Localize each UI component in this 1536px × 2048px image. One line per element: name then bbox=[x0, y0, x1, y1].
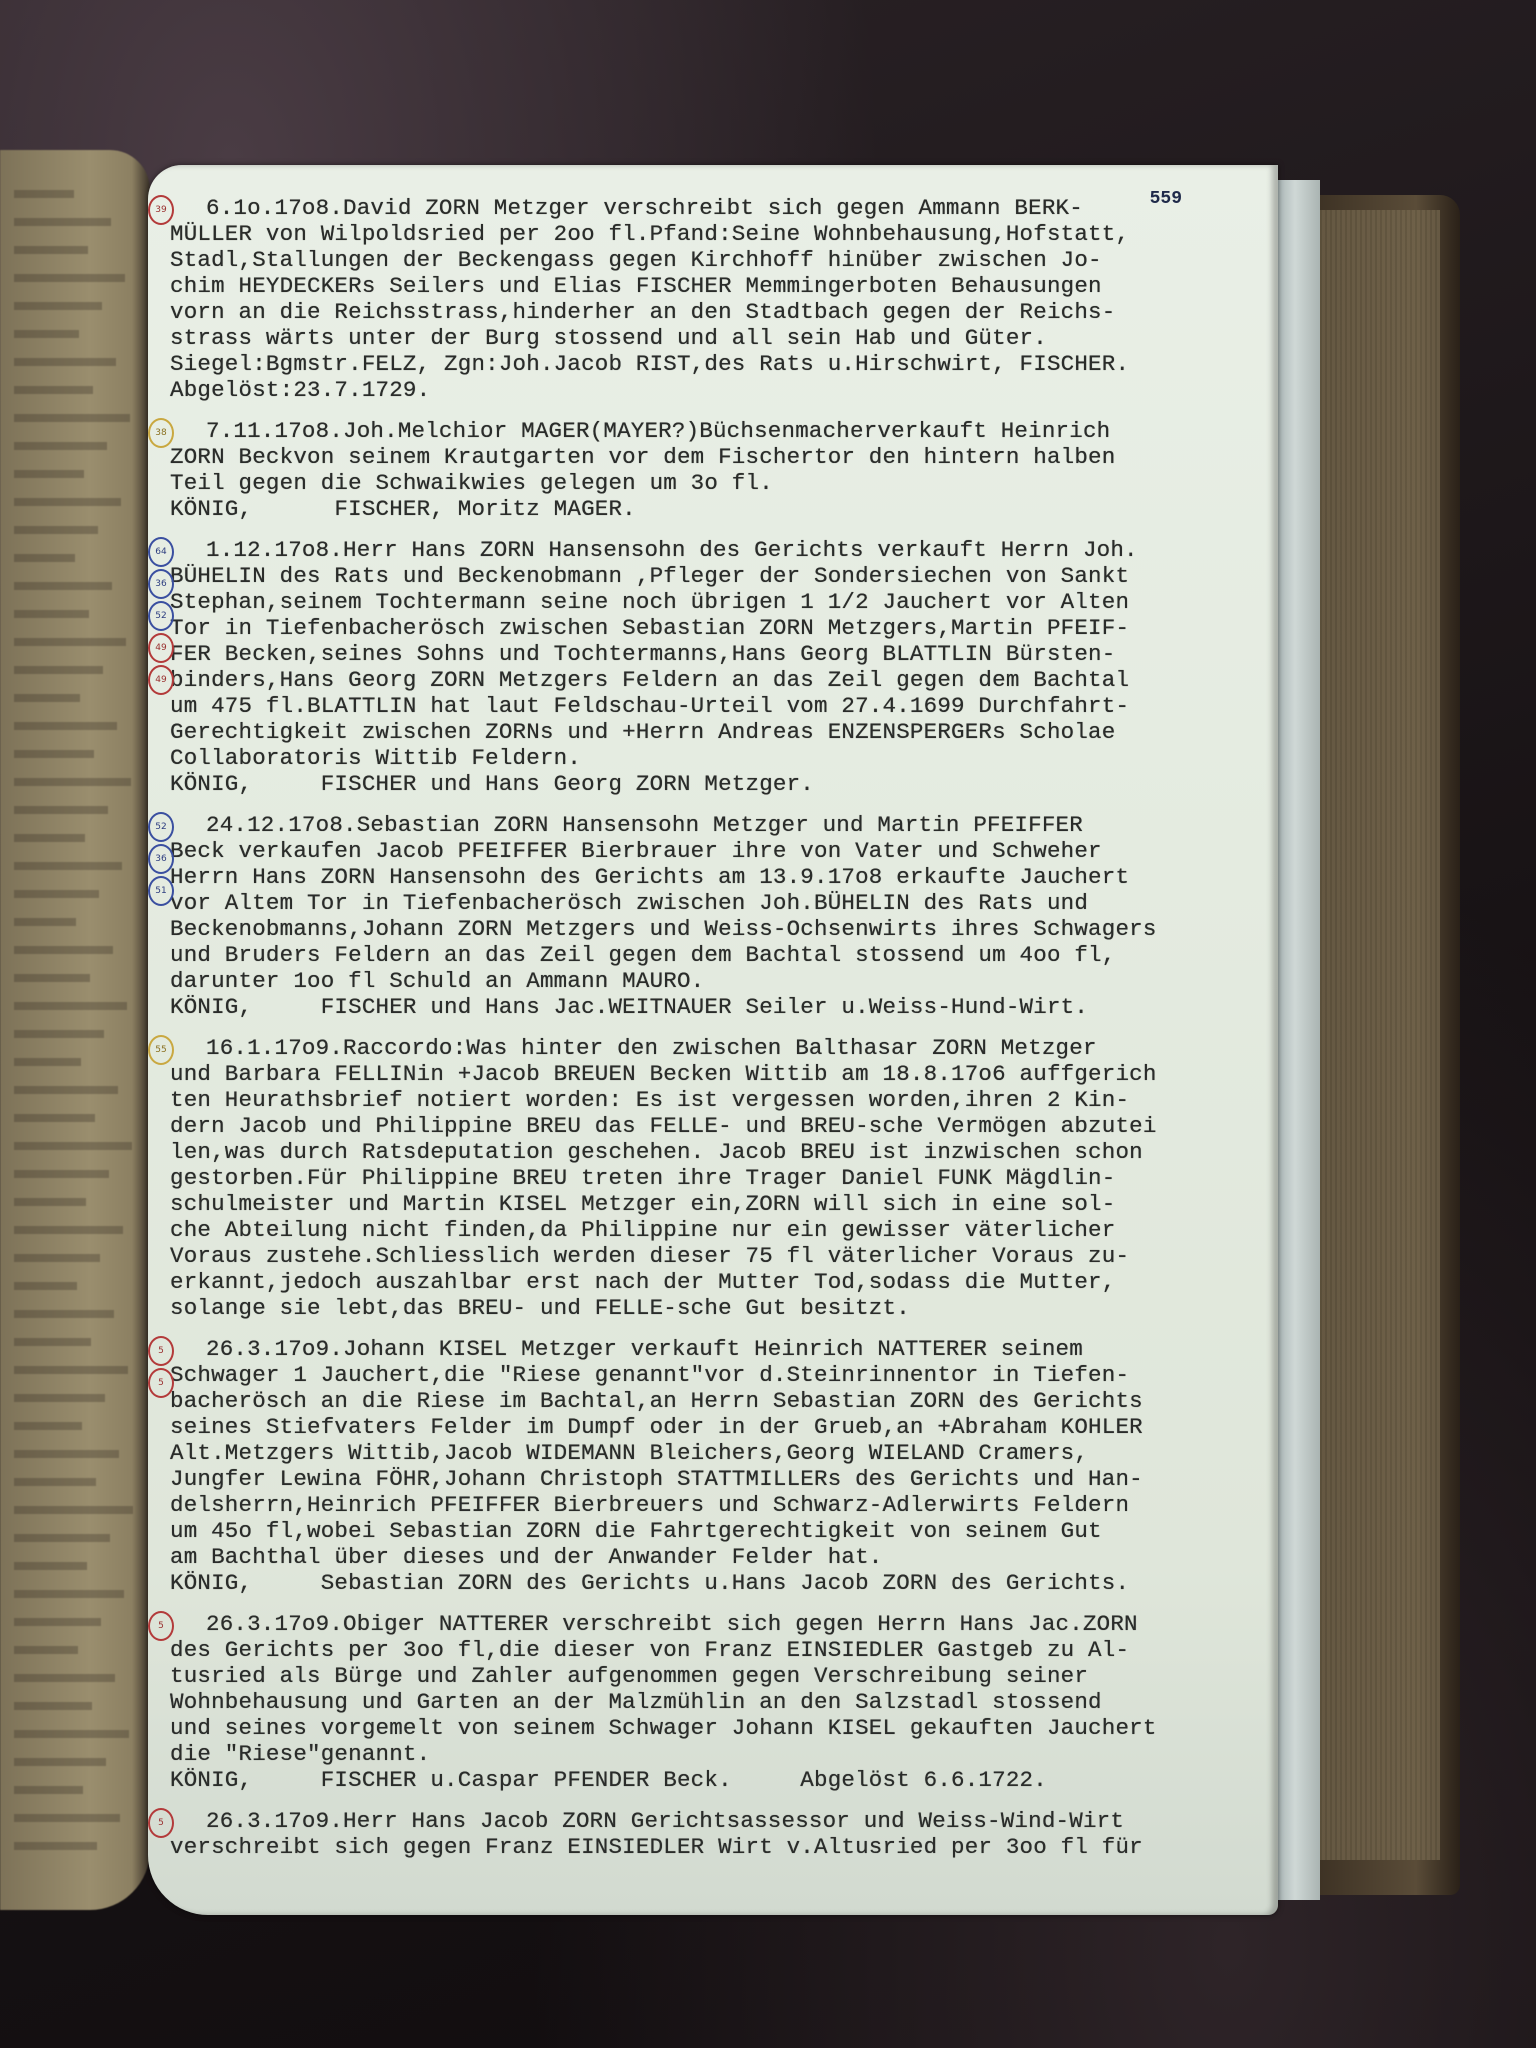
ghost-text-line bbox=[14, 1814, 120, 1822]
typed-line: Schwager 1 Jauchert,die "Riese genannt"v… bbox=[170, 1362, 1228, 1388]
typed-line: 6.1o.17o8.David ZORN Metzger verschreibt… bbox=[170, 195, 1228, 221]
ghost-text-line bbox=[14, 610, 89, 618]
ghost-text-line bbox=[14, 1478, 96, 1486]
ghost-text-line bbox=[14, 1254, 100, 1262]
ghost-text-line bbox=[14, 246, 88, 254]
ghost-text-line bbox=[14, 1562, 87, 1570]
ghost-text-line bbox=[14, 1422, 82, 1430]
typed-line: bacherösch an die Riese im Bachtal,an He… bbox=[170, 1388, 1228, 1414]
typed-line: 26.3.17o9.Obiger NATTERER verschreibt si… bbox=[170, 1611, 1228, 1637]
document-entry: 26.3.17o9.Herr Hans Jacob ZORN Gerichtsa… bbox=[170, 1808, 1228, 1860]
ghost-text-line bbox=[14, 1114, 95, 1122]
margin-annotation-circle: 5 bbox=[148, 1808, 174, 1838]
typed-line: Wohnbehausung und Garten an der Malzmühl… bbox=[170, 1689, 1228, 1715]
ghost-text-line bbox=[14, 1758, 106, 1766]
ghost-text-line bbox=[14, 638, 126, 646]
document-entry: 16.1.17o9.Raccordo:Was hinter den zwisch… bbox=[170, 1035, 1228, 1321]
ghost-text-line bbox=[14, 834, 85, 842]
typed-line: strass wärts unter der Burg stossend und… bbox=[170, 325, 1228, 351]
typed-line: 16.1.17o9.Raccordo:Was hinter den zwisch… bbox=[170, 1035, 1228, 1061]
ghost-text-line bbox=[14, 1002, 127, 1010]
typed-line: Stephan,seinem Tochtermann seine noch üb… bbox=[170, 589, 1228, 615]
typed-line: seines Stiefvaters Felder im Dumpf oder … bbox=[170, 1414, 1228, 1440]
typed-line: KÖNIG, Sebastian ZORN des Gerichts u.Han… bbox=[170, 1570, 1228, 1596]
margin-annotation-circle: 38 bbox=[148, 418, 174, 448]
ghost-text-line bbox=[14, 862, 122, 870]
ghost-text-line bbox=[14, 778, 131, 786]
typed-line: und Bruders Feldern an das Zeil gegen de… bbox=[170, 942, 1228, 968]
ghost-text-line bbox=[14, 1842, 97, 1850]
document-entry: 26.3.17o9.Obiger NATTERER verschreibt si… bbox=[170, 1611, 1228, 1793]
typed-line: delsherrn,Heinrich PFEIFFER Bierbreuers … bbox=[170, 1492, 1228, 1518]
margin-annotation-circle: 49 bbox=[148, 665, 174, 695]
ghost-text-line bbox=[14, 918, 76, 926]
typed-line: KÖNIG, FISCHER, Moritz MAGER. bbox=[170, 496, 1228, 522]
ghost-text-line bbox=[14, 1198, 86, 1206]
typed-line: chim HEYDECKERs Seilers und Elias FISCHE… bbox=[170, 273, 1228, 299]
ghost-text-line bbox=[14, 1226, 123, 1234]
typed-line: KÖNIG, FISCHER und Hans Georg ZORN Metzg… bbox=[170, 771, 1228, 797]
ghost-text-line bbox=[14, 582, 112, 590]
ghost-text-line bbox=[14, 1534, 110, 1542]
margin-annotation-circle: 39 bbox=[148, 195, 174, 225]
document-entry: 1.12.17o8.Herr Hans ZORN Hansensohn des … bbox=[170, 537, 1228, 797]
ghost-text-line bbox=[14, 890, 99, 898]
typed-line: erkannt,jedoch auszahlbar erst nach der … bbox=[170, 1269, 1228, 1295]
typed-line: solange sie lebt,das BREU- und FELLE-sch… bbox=[170, 1295, 1228, 1321]
margin-annotation-circle: 36 bbox=[148, 844, 174, 874]
margin-annotation-circle: 49 bbox=[148, 633, 174, 663]
typed-line: darunter 1oo fl Schuld an Ammann MAURO. bbox=[170, 968, 1228, 994]
typed-line: 7.11.17o8.Joh.Melchior MAGER(MAYER?)Büch… bbox=[170, 418, 1228, 444]
typed-line: gestorben.Für Philippine BREU treten ihr… bbox=[170, 1165, 1228, 1191]
margin-annotation-circle: 5 bbox=[148, 1611, 174, 1641]
typed-line: len,was durch Ratsdeputation geschehen. … bbox=[170, 1139, 1228, 1165]
typed-line: am Bachthal über dieses und der Anwander… bbox=[170, 1544, 1228, 1570]
typed-sheet: 559 6.1o.17o8.David ZORN Metzger verschr… bbox=[148, 165, 1278, 1915]
ghost-text-line bbox=[14, 302, 102, 310]
typed-line: 26.3.17o9.Johann KISEL Metzger verkauft … bbox=[170, 1336, 1228, 1362]
ghost-text-line bbox=[14, 1702, 92, 1710]
margin-annotation-circle: 5 bbox=[148, 1368, 174, 1398]
ghost-text-line bbox=[14, 974, 90, 982]
ghost-text-line bbox=[14, 190, 74, 198]
ghost-text-line bbox=[14, 358, 116, 366]
ghost-text-line bbox=[14, 274, 125, 282]
left-book-page bbox=[0, 150, 150, 1910]
margin-annotation-circle: 36 bbox=[148, 569, 174, 599]
ghost-text-line bbox=[14, 1394, 105, 1402]
ghost-text-line bbox=[14, 330, 79, 338]
margin-annotation-circle: 5 bbox=[148, 1336, 174, 1366]
margin-annotation-circle: 55 bbox=[148, 1035, 174, 1065]
typed-line: die "Riese"genannt. bbox=[170, 1741, 1228, 1767]
ghost-text-line bbox=[14, 722, 117, 730]
ghost-text-line bbox=[14, 1338, 91, 1346]
ghost-text-line bbox=[14, 1618, 101, 1626]
ghost-text-line bbox=[14, 1590, 124, 1598]
ghost-text-line bbox=[14, 442, 107, 450]
typed-line: che Abteilung nicht finden,da Philippine… bbox=[170, 1217, 1228, 1243]
ghost-text-line bbox=[14, 498, 121, 506]
ghost-text-line bbox=[14, 1058, 81, 1066]
ghost-text-line bbox=[14, 1646, 78, 1654]
document-entry: 6.1o.17o8.David ZORN Metzger verschreibt… bbox=[170, 195, 1228, 403]
ghost-text-line bbox=[14, 414, 130, 422]
typed-line: ZORN Beckvon seinem Krautgarten vor dem … bbox=[170, 444, 1228, 470]
typed-line: um 45o fl,wobei Sebastian ZORN die Fahrt… bbox=[170, 1518, 1228, 1544]
typed-line: um 475 fl.BLATTLIN hat laut Feldschau-Ur… bbox=[170, 693, 1228, 719]
typed-line: Stadl,Stallungen der Beckengass gegen Ki… bbox=[170, 247, 1228, 273]
ghost-text-line bbox=[14, 1310, 114, 1318]
ghost-text-line bbox=[14, 1366, 128, 1374]
typed-line: Beckenobmanns,Johann ZORN Metzgers und W… bbox=[170, 916, 1228, 942]
typed-line: Tor in Tiefenbacherösch zwischen Sebasti… bbox=[170, 615, 1228, 641]
typed-line: MÜLLER von Wilpoldsried per 2oo fl.Pfand… bbox=[170, 221, 1228, 247]
typed-line: schulmeister und Martin KISEL Metzger ei… bbox=[170, 1191, 1228, 1217]
ghost-text-line bbox=[14, 470, 84, 478]
typed-line: Alt.Metzgers Wittib,Jacob WIDEMANN Bleic… bbox=[170, 1440, 1228, 1466]
typed-line: und seines vorgemelt von seinem Schwager… bbox=[170, 1715, 1228, 1741]
typed-line: 1.12.17o8.Herr Hans ZORN Hansensohn des … bbox=[170, 537, 1228, 563]
typed-line: Herrn Hans ZORN Hansensohn des Gerichts … bbox=[170, 864, 1228, 890]
typed-line: 24.12.17o8.Sebastian ZORN Hansensohn Met… bbox=[170, 812, 1228, 838]
ghost-text-line bbox=[14, 386, 93, 394]
typed-line: BÜHELIN des Rats und Beckenobmann ,Pfleg… bbox=[170, 563, 1228, 589]
document-entry: 26.3.17o9.Johann KISEL Metzger verkauft … bbox=[170, 1336, 1228, 1596]
typed-line: Teil gegen die Schwaikwies gelegen um 3o… bbox=[170, 470, 1228, 496]
typed-line: KÖNIG, FISCHER und Hans Jac.WEITNAUER Se… bbox=[170, 994, 1228, 1020]
ghost-text-line bbox=[14, 554, 75, 562]
ghost-text-line bbox=[14, 1282, 77, 1290]
typed-line: Jungfer Lewina FÖHR,Johann Christoph STA… bbox=[170, 1466, 1228, 1492]
ghost-text-line bbox=[14, 666, 103, 674]
document-entry: 7.11.17o8.Joh.Melchior MAGER(MAYER?)Büch… bbox=[170, 418, 1228, 522]
margin-annotation-circle: 52 bbox=[148, 812, 174, 842]
ghost-text-line bbox=[14, 1030, 104, 1038]
ghost-text-line bbox=[14, 750, 94, 758]
ghost-text-line bbox=[14, 1730, 129, 1738]
typed-line: ten Heurathsbrief notiert worden: Es ist… bbox=[170, 1087, 1228, 1113]
ghost-text-line bbox=[14, 806, 108, 814]
typed-line: Siegel:Bgmstr.FELZ, Zgn:Joh.Jacob RIST,d… bbox=[170, 351, 1228, 377]
ghost-text-line bbox=[14, 218, 111, 226]
typed-line: vor Altem Tor in Tiefenbacherösch zwisch… bbox=[170, 890, 1228, 916]
typed-line: verschreibt sich gegen Franz EINSIEDLER … bbox=[170, 1834, 1228, 1860]
margin-annotation-circle: 52 bbox=[148, 601, 174, 631]
typed-line: dern Jacob und Philippine BREU das FELLE… bbox=[170, 1113, 1228, 1139]
typed-line: vorn an die Reichsstrass,hinderher an de… bbox=[170, 299, 1228, 325]
ghost-text-line bbox=[14, 1170, 109, 1178]
typed-line: 26.3.17o9.Herr Hans Jacob ZORN Gerichtsa… bbox=[170, 1808, 1228, 1834]
typed-line: tusried als Bürge und Zahler aufgenommen… bbox=[170, 1663, 1228, 1689]
typed-line: des Gerichts per 3oo fl,die dieser von F… bbox=[170, 1637, 1228, 1663]
margin-annotation-circle: 64 bbox=[148, 537, 174, 567]
typed-line: Collaboratoris Wittib Feldern. bbox=[170, 745, 1228, 771]
margin-annotation-circle: 51 bbox=[148, 876, 174, 906]
typed-line: Abgelöst:23.7.1729. bbox=[170, 377, 1228, 403]
typed-line: Voraus zustehe.Schliesslich werden diese… bbox=[170, 1243, 1228, 1269]
typed-line: Beck verkaufen Jacob PFEIFFER Bierbrauer… bbox=[170, 838, 1228, 864]
ghost-text-line bbox=[14, 1142, 132, 1150]
ghost-text-line bbox=[14, 1506, 133, 1514]
ghost-text-line bbox=[14, 526, 98, 534]
typed-line: Gerechtigkeit zwischen ZORNs und +Herrn … bbox=[170, 719, 1228, 745]
ghost-text-line bbox=[14, 1786, 83, 1794]
ghost-text-line bbox=[14, 1674, 115, 1682]
ghost-text-line bbox=[14, 946, 113, 954]
ghost-text-line bbox=[14, 1450, 119, 1458]
typed-line: und Barbara FELLINin +Jacob BREUEN Becke… bbox=[170, 1061, 1228, 1087]
typed-line: binders,Hans Georg ZORN Metzgers Feldern… bbox=[170, 667, 1228, 693]
document-body: 6.1o.17o8.David ZORN Metzger verschreibt… bbox=[170, 195, 1228, 1875]
typed-line: FER Becken,seines Sohns und Tochtermanns… bbox=[170, 641, 1228, 667]
document-entry: 24.12.17o8.Sebastian ZORN Hansensohn Met… bbox=[170, 812, 1228, 1020]
ghost-text-line bbox=[14, 694, 80, 702]
typed-line: KÖNIG, FISCHER u.Caspar PFENDER Beck. Ab… bbox=[170, 1767, 1228, 1793]
ghost-text-line bbox=[14, 1086, 118, 1094]
